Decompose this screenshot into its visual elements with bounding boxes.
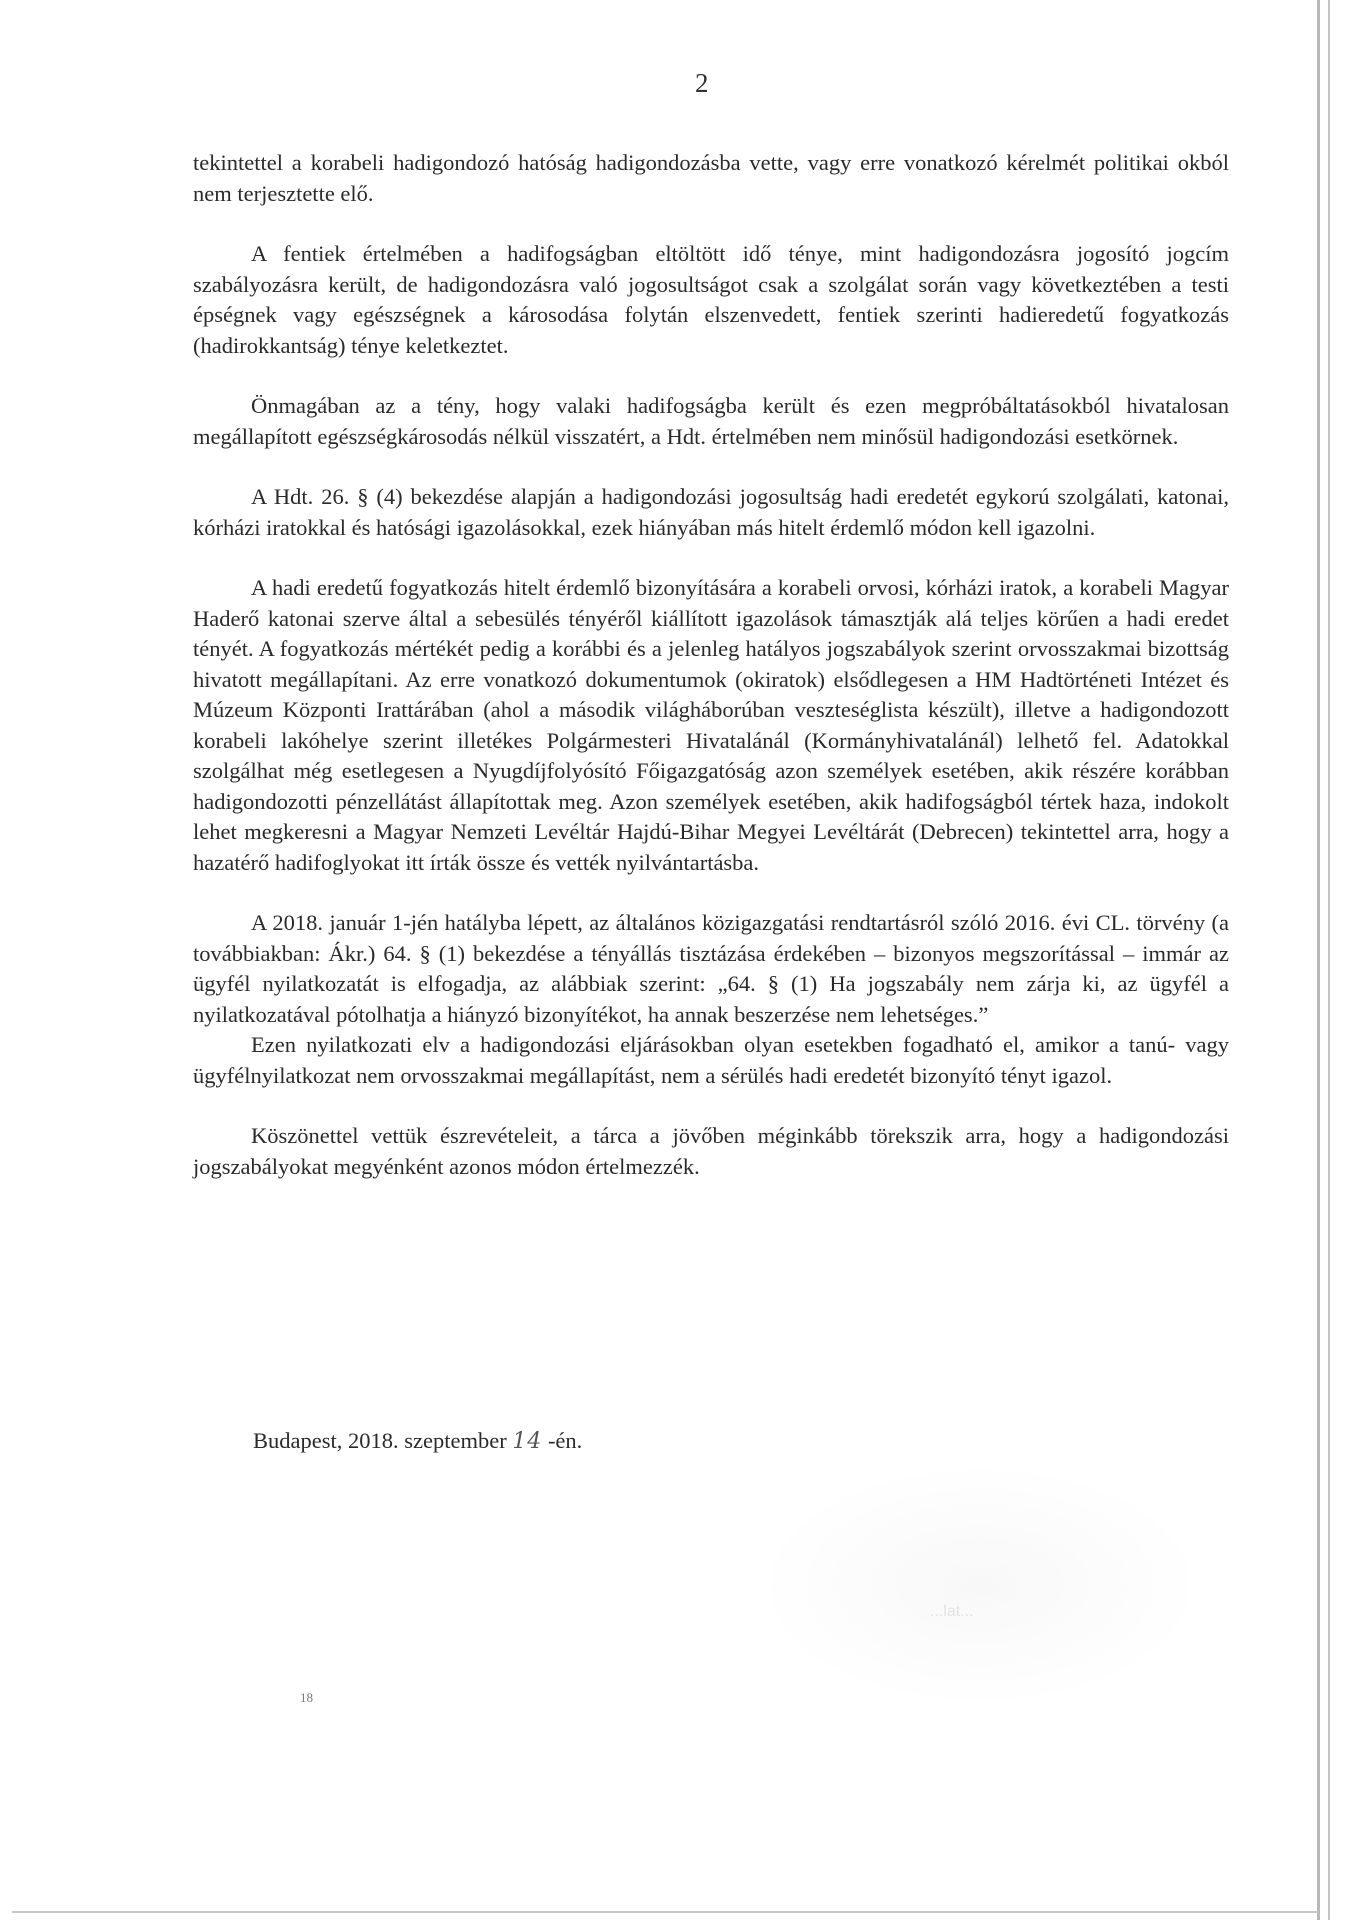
place-date-line: Budapest, 2018. szeptember 14 -én. bbox=[253, 1428, 582, 1454]
paragraph-continuation: tekintettel a korabeli hadigondozó hatós… bbox=[193, 148, 1229, 209]
footnote-mark: 18 bbox=[300, 1690, 313, 1706]
paragraph-hadifogsag: A fentiek értelmében a hadifogságban elt… bbox=[193, 239, 1229, 361]
page-edge-bottom bbox=[12, 1911, 1318, 1913]
paragraph-koszonet: Köszönettel vettük észrevételeit, a tárc… bbox=[193, 1121, 1229, 1182]
document-body: tekintettel a korabeli hadigondozó hatós… bbox=[193, 148, 1229, 1182]
paragraph-onmagaban: Önmagában az a tény, hogy valaki hadifog… bbox=[193, 391, 1229, 452]
handwritten-day: 14 bbox=[512, 1429, 542, 1454]
page-number: 2 bbox=[695, 68, 709, 99]
date-suffix: -én. bbox=[548, 1428, 582, 1453]
paragraph-hdt-26: A Hdt. 26. § (4) bekezdése alapján a had… bbox=[193, 482, 1229, 543]
paragraph-nyilatkozati-elv: Ezen nyilatkozati elv a hadigondozási el… bbox=[193, 1030, 1229, 1091]
faint-stamp-mark bbox=[770, 1470, 1190, 1700]
place-date-text: Budapest, 2018. szeptember bbox=[253, 1428, 507, 1453]
page-edge-right-outer bbox=[1328, 0, 1330, 1920]
page-edge-right bbox=[1317, 0, 1320, 1920]
faint-stamp-text: ...lat... bbox=[930, 1603, 974, 1621]
paragraph-akr-64: A 2018. január 1-jén hatályba lépett, az… bbox=[193, 908, 1229, 1030]
paragraph-hadi-eredet: A hadi eredetű fogyatkozás hitelt érdeml… bbox=[193, 573, 1229, 878]
